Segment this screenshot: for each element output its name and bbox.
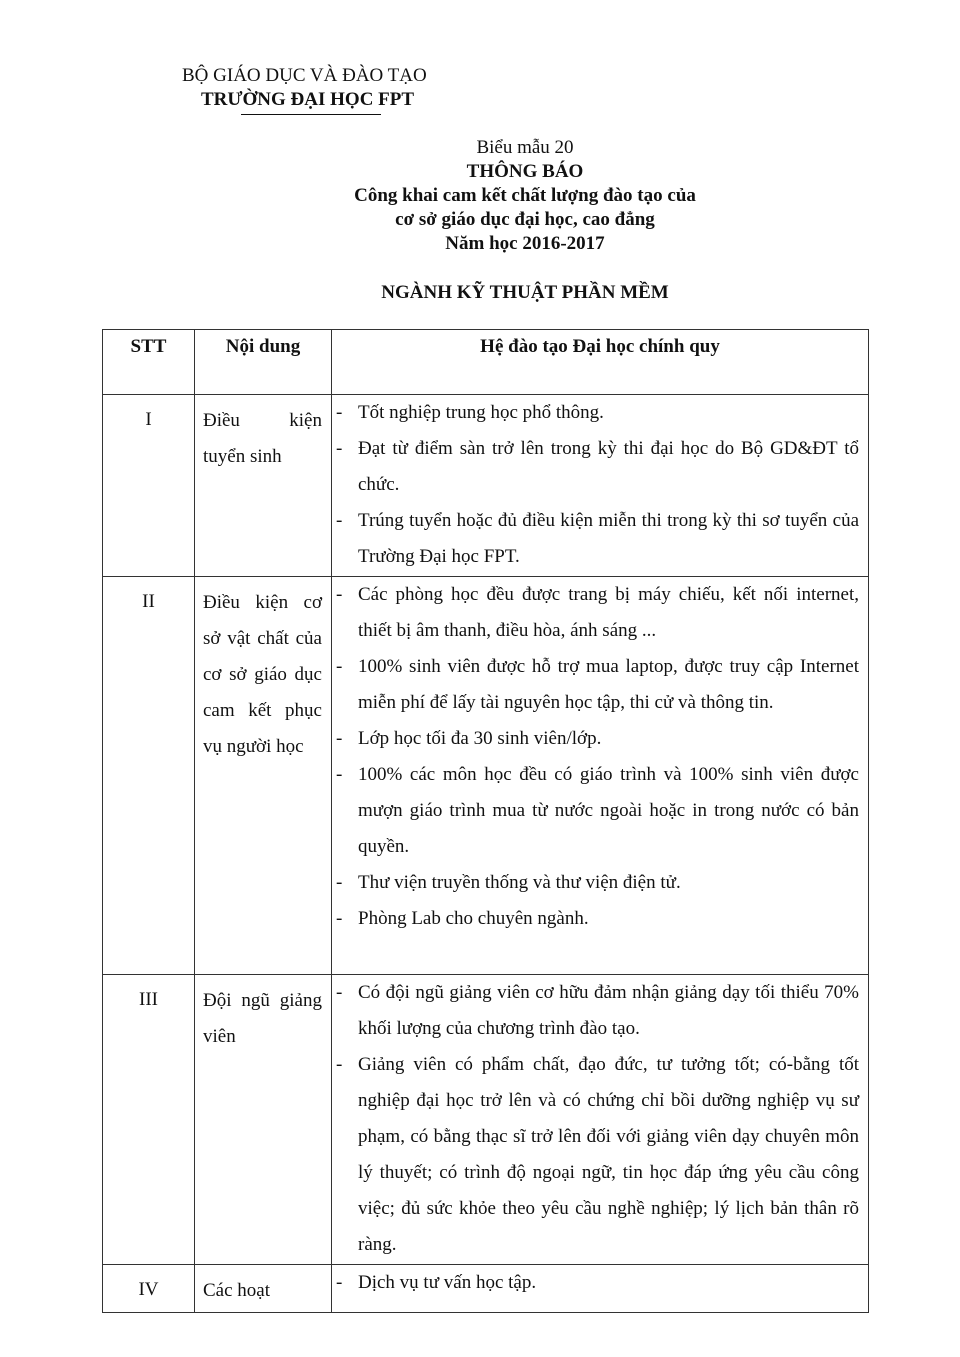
table-row: IIIĐội ngũ giảng viênCó đội ngũ giảng vi… <box>103 975 869 1265</box>
row-items: Các phòng học đều được trang bị máy chiế… <box>332 577 869 975</box>
list-item: Phòng Lab cho chuyên ngành. <box>332 901 859 937</box>
row-stt: III <box>103 975 195 1265</box>
school-underline <box>241 114 381 115</box>
row-content: Điều kiện tuyển sinh <box>195 395 332 577</box>
table-row: IIĐiều kiện cơ sở vật chất của cơ sở giá… <box>103 577 869 975</box>
header-stt: STT <box>103 330 195 395</box>
header-content: Nội dung <box>195 330 332 395</box>
table-header-row: STT Nội dung Hệ đào tạo Đại học chính qu… <box>103 330 869 395</box>
commitment-table: STT Nội dung Hệ đào tạo Đại học chính qu… <box>102 329 869 1313</box>
row-content: Các hoạt <box>195 1265 332 1313</box>
notice-subtitle-line2: cơ sở giáo dục đại học, cao đẳng <box>300 208 750 232</box>
list-item: 100% sinh viên được hỗ trợ mua laptop, đ… <box>332 649 859 721</box>
table-row: IVCác hoạtDịch vụ tư vấn học tập. <box>103 1265 869 1313</box>
ministry-name: BỘ GIÁO DỤC VÀ ĐÀO TẠO <box>182 64 427 88</box>
row-items: Có đội ngũ giảng viên cơ hữu đảm nhận gi… <box>332 975 869 1265</box>
row-items: Tốt nghiệp trung học phổ thông.Đạt từ đi… <box>332 395 869 577</box>
header-program: Hệ đào tạo Đại học chính quy <box>332 330 869 395</box>
row-stt: II <box>103 577 195 975</box>
academic-year: Năm học 2016-2017 <box>300 232 750 256</box>
list-item: Dịch vụ tư vấn học tập. <box>332 1265 859 1301</box>
list-item: Đạt từ điểm sàn trở lên trong kỳ thi đại… <box>332 431 859 503</box>
form-number: Biểu mẫu 20 <box>300 136 750 160</box>
row-stt: IV <box>103 1265 195 1313</box>
list-item: Tốt nghiệp trung học phổ thông. <box>332 395 859 431</box>
school-name: TRƯỜNG ĐẠI HỌC FPT <box>201 88 414 112</box>
row-content: Đội ngũ giảng viên <box>195 975 332 1265</box>
table-row: IĐiều kiện tuyển sinhTốt nghiệp trung họ… <box>103 395 869 577</box>
bullet-list: Các phòng học đều được trang bị máy chiế… <box>332 577 859 937</box>
notice-title: THÔNG BÁO <box>300 160 750 184</box>
bullet-list: Dịch vụ tư vấn học tập. <box>332 1265 859 1301</box>
list-item: Lớp học tối đa 30 sinh viên/lớp. <box>332 721 859 757</box>
notice-subtitle-line1: Công khai cam kết chất lượng đào tạo của <box>300 184 750 208</box>
bullet-list: Tốt nghiệp trung học phổ thông.Đạt từ đi… <box>332 395 859 575</box>
list-item: Trúng tuyển hoặc đủ điều kiện miễn thi t… <box>332 503 859 575</box>
major-title: NGÀNH KỸ THUẬT PHẦN MỀM <box>300 281 750 305</box>
list-item: Có đội ngũ giảng viên cơ hữu đảm nhận gi… <box>332 975 859 1047</box>
list-item: 100% các môn học đều có giáo trình và 10… <box>332 757 859 865</box>
list-item: Giảng viên có phẩm chất, đạo đức, tư tưở… <box>332 1047 859 1263</box>
row-stt: I <box>103 395 195 577</box>
list-item: Các phòng học đều được trang bị máy chiế… <box>332 577 859 649</box>
row-content: Điều kiện cơ sở vật chất của cơ sở giáo … <box>195 577 332 975</box>
bullet-list: Có đội ngũ giảng viên cơ hữu đảm nhận gi… <box>332 975 859 1263</box>
row-items: Dịch vụ tư vấn học tập. <box>332 1265 869 1313</box>
list-item: Thư viện truyền thống và thư viện điện t… <box>332 865 859 901</box>
